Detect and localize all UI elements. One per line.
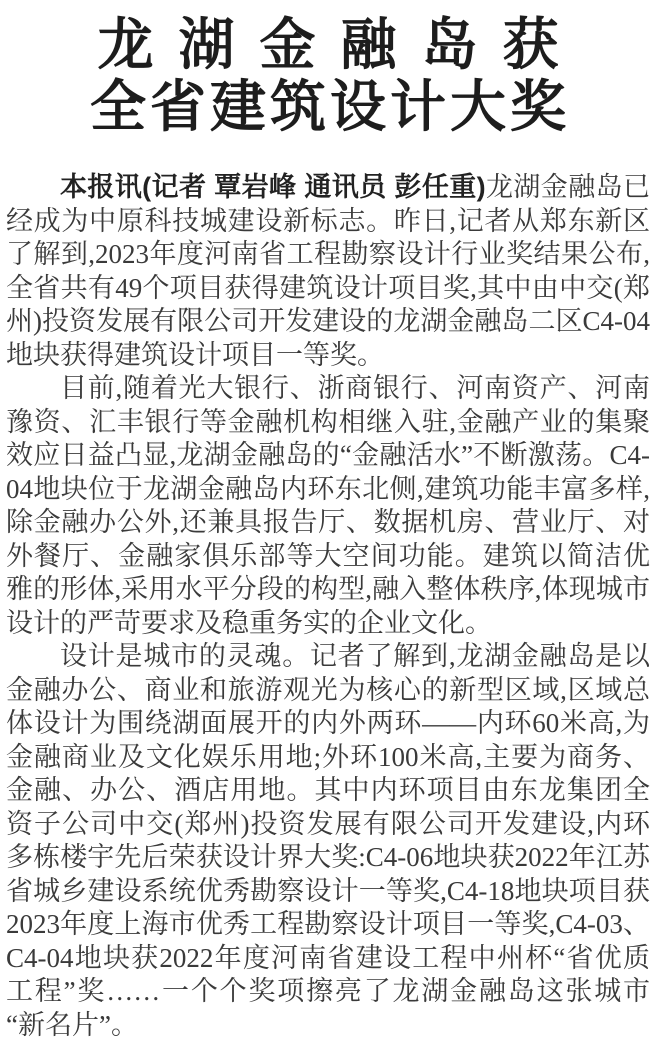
byline-lead-bold: 本报讯(记者 覃岩峰 通讯员 彭任重): [60, 172, 486, 202]
article-body: 本报讯(记者 覃岩峰 通讯员 彭任重)龙湖金融岛已经成为中原科技城建设新标志。昨…: [6, 171, 650, 1042]
paragraph-3-text: 设计是城市的灵魂。记者了解到,龙湖金融岛是以金融办公、商业和旅游观光为核心的新型…: [6, 641, 650, 1040]
paragraph-1: 本报讯(记者 覃岩峰 通讯员 彭任重)龙湖金融岛已经成为中原科技城建设新标志。昨…: [6, 171, 650, 372]
paragraph-2: 目前,随着光大银行、浙商银行、河南资产、河南豫资、汇丰银行等金融机构相继入驻,金…: [6, 372, 650, 640]
paragraph-3: 设计是城市的灵魂。记者了解到,龙湖金融岛是以金融办公、商业和旅游观光为核心的新型…: [6, 640, 650, 1042]
headline-line-2: 全省建筑设计大奖: [6, 76, 654, 138]
newspaper-article-page: 龙湖金融岛获 全省建筑设计大奖 本报讯(记者 覃岩峰 通讯员 彭任重)龙湖金融岛…: [0, 0, 656, 1046]
paragraph-2-text: 目前,随着光大银行、浙商银行、河南资产、河南豫资、汇丰银行等金融机构相继入驻,金…: [6, 373, 650, 638]
headline-line-1: 龙湖金融岛获: [6, 14, 656, 76]
article-headline: 龙湖金融岛获 全省建筑设计大奖: [6, 14, 650, 138]
